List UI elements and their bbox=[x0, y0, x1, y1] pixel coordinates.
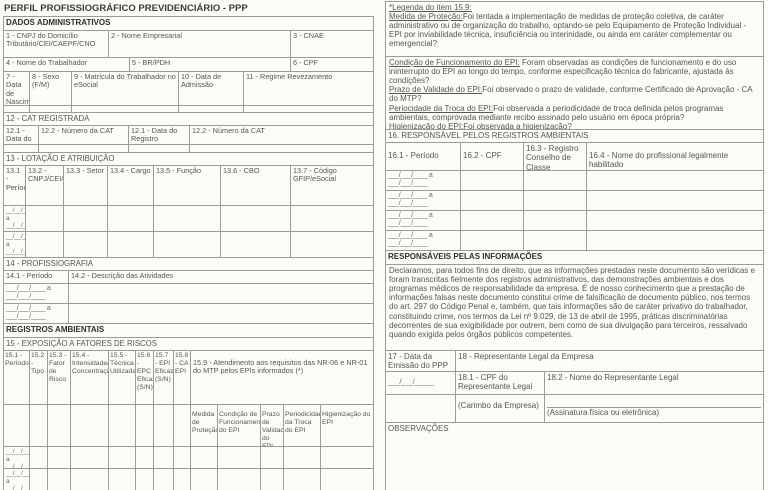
responsavel-data-row: ___/___/____ a ___/___/____ bbox=[386, 191, 763, 211]
legend-higienizacao-label: Higienização do EPI: bbox=[389, 122, 463, 129]
riscos-prazo-validade-label: Prazo de Validade do EPI bbox=[261, 405, 284, 446]
section-lotacao: 13 - LOTAÇÃO E ATRIBUIÇÃO bbox=[4, 153, 373, 166]
lotacao-funcao-input[interactable] bbox=[154, 206, 221, 231]
legend-block-1: *Legenda do item 15.9: Medida de Proteçã… bbox=[386, 2, 763, 57]
riscos-data-row: __/__/__ a __/__/__ bbox=[4, 469, 373, 490]
riscos-tipo-input[interactable] bbox=[30, 447, 48, 468]
riscos-fator-label: 15.3 - Fator de Risco bbox=[48, 351, 71, 404]
lotacao-cbo-input[interactable] bbox=[221, 232, 291, 257]
field-label-br-pdh: 5 - BR/PDH bbox=[130, 58, 291, 71]
riscos-prazo-validade-input[interactable] bbox=[261, 469, 284, 490]
riscos-ca-epi-input[interactable] bbox=[174, 447, 191, 468]
riscos-data-row: __/__/__ a __/__/__ bbox=[4, 447, 373, 469]
legend-block-2: Condição de Funcionamento do EPI: Foram … bbox=[386, 57, 763, 130]
profissiografia-data-row: ___/___/____ a ___/___/____ bbox=[4, 304, 373, 324]
profissiografia-periodo-input[interactable]: ___/___/____ a ___/___/____ bbox=[4, 284, 69, 303]
riscos-fator-input[interactable] bbox=[48, 447, 71, 468]
riscos-higienizacao-input[interactable] bbox=[321, 469, 373, 490]
riscos-condicao-funcionamento-input[interactable] bbox=[218, 447, 261, 468]
responsavel-periodo-input[interactable]: ___/___/____ a ___/___/____ bbox=[386, 191, 461, 210]
section-cat: 12 - CAT REGISTRADA bbox=[4, 113, 373, 126]
data-nascimento-input[interactable] bbox=[4, 106, 30, 112]
admin-row-3: 7 - Data de Nascimento 8 - Sexo (F/M) 9 … bbox=[4, 72, 373, 106]
riscos-prazo-validade-input[interactable] bbox=[261, 447, 284, 468]
profissiografia-descricao-label: 14.2 - Descrição das Atividades bbox=[69, 271, 373, 283]
profissiografia-periodo-label: 14.1 - Período bbox=[4, 271, 69, 283]
responsavel-header-row: 16.1 - Período 16.2 - CPF 16.3 - Registr… bbox=[386, 143, 763, 171]
lotacao-gfip-input[interactable] bbox=[291, 206, 373, 231]
responsavel-periodo-label: 16.1 - Período bbox=[386, 143, 461, 170]
responsavel-nome-input[interactable] bbox=[587, 231, 763, 250]
profissiografia-descricao-input[interactable] bbox=[69, 284, 373, 303]
cat-numero-2-label: 12.2 - Número da CAT bbox=[190, 126, 373, 144]
riscos-periodicidade-troca-input[interactable] bbox=[284, 447, 321, 468]
representante-nome-label: 18.2 - Nome do Representante Legal bbox=[545, 372, 763, 394]
field-label-matricula-esocial: 9 - Matrícula do Trabalhador no eSocial bbox=[72, 72, 179, 105]
profissiografia-descricao-input[interactable] bbox=[69, 304, 373, 323]
riscos-spacer bbox=[71, 405, 109, 446]
sexo-input[interactable] bbox=[30, 106, 72, 112]
section-responsaveis-informacoes-title: RESPONSÁVEIS PELAS INFORMAÇÕES bbox=[386, 251, 763, 264]
field-label-nome-empresarial: 2 - Nome Empresarial bbox=[109, 31, 291, 57]
responsavel-registro-conselho-input[interactable] bbox=[524, 171, 587, 190]
riscos-spacer bbox=[109, 405, 136, 446]
data-admissao-input[interactable] bbox=[179, 106, 244, 112]
lotacao-periodo-input[interactable]: __/__/__ a __/__/__ bbox=[4, 232, 26, 257]
riscos-spacer bbox=[136, 405, 154, 446]
cat-input-row bbox=[4, 145, 373, 153]
lotacao-cargo-input[interactable] bbox=[108, 206, 154, 231]
lotacao-data-row: __/__/__ a __/__/__ bbox=[4, 206, 373, 232]
profissiografia-header-row: 14.1 - Período 14.2 - Descrição das Ativ… bbox=[4, 271, 373, 284]
riscos-ca-epi-label: 15.8 - CA EPI bbox=[174, 351, 191, 404]
section-responsavel-registros-title: 16. RESPONSÁVEL PELOS REGISTROS AMBIENTA… bbox=[386, 130, 763, 142]
riscos-spacer bbox=[174, 405, 191, 446]
responsavel-cpf-input[interactable] bbox=[461, 211, 524, 230]
declaration-text: Declaramos, para todos fins de direito, … bbox=[386, 265, 763, 350]
riscos-condicao-funcionamento-input[interactable] bbox=[218, 469, 261, 490]
ppp-form: PERFIL PROFISSIOGRÁFICO PREVIDENCIÁRIO -… bbox=[0, 0, 768, 490]
lotacao-gfip-label: 13.7 - Código GFIP/eSocial bbox=[291, 166, 373, 205]
responsavel-cpf-input[interactable] bbox=[461, 191, 524, 210]
admin-row-1: 1 - CNPJ do Domicílio Tributário/CEI/CAE… bbox=[4, 31, 373, 58]
field-label-cnpj-domicilio: 1 - CNPJ do Domicílio Tributário/CEI/CAE… bbox=[4, 31, 109, 57]
riscos-medida-protecao-input[interactable] bbox=[191, 469, 218, 490]
responsavel-data-row: ___/___/____ a ___/___/____ bbox=[386, 211, 763, 231]
legend-prazo-validade-label: Prazo de Validade do EPI: bbox=[389, 85, 482, 94]
riscos-epi-input[interactable] bbox=[154, 447, 174, 468]
right-panel: *Legenda do item 15.9: Medida de Proteçã… bbox=[385, 1, 764, 490]
riscos-tipo-input[interactable] bbox=[30, 469, 48, 490]
assinatura-row: (Carimbo da Empresa) (Assinatura física … bbox=[386, 395, 763, 423]
riscos-periodicidade-troca-input[interactable] bbox=[284, 469, 321, 490]
field-label-cnae: 3 - CNAE bbox=[291, 31, 373, 57]
responsavel-periodo-input[interactable]: ___/___/____ a ___/___/____ bbox=[386, 231, 461, 250]
matricula-esocial-input[interactable] bbox=[72, 106, 179, 112]
representante-row: ___/___/_____ 18.1 - CPF do Representant… bbox=[386, 372, 763, 395]
riscos-subheader-row: Medida de Proteção Condição de Funcionam… bbox=[4, 405, 373, 447]
section-riscos-title: 15 - EXPOSIÇÃO A FATORES DE RISCOS bbox=[4, 338, 373, 350]
lotacao-cargo-input[interactable] bbox=[108, 232, 154, 257]
section-responsaveis-informacoes: RESPONSÁVEIS PELAS INFORMAÇÕES bbox=[386, 251, 763, 265]
section-dados-administrativos-title: DADOS ADMINISTRATIVOS bbox=[4, 17, 373, 30]
responsavel-periodo-input[interactable]: ___/___/____ a ___/___/____ bbox=[386, 171, 461, 190]
cat-numero-1-input[interactable] bbox=[39, 145, 129, 152]
responsavel-cpf-input[interactable] bbox=[461, 231, 524, 250]
legend-medida-protecao-label: Medida de Proteção: bbox=[389, 12, 463, 21]
responsavel-nome-label: 16.4 - Nome do profissional legalmente h… bbox=[587, 143, 763, 170]
riscos-tecnica-label: 15.5 - Técnica Utilizada bbox=[109, 351, 136, 404]
responsavel-registro-conselho-label: 16.3 - Registro Conselho de Classe bbox=[524, 143, 587, 170]
legend-condicao-funcionamento-label: Condição de Funcionamento do EPI: bbox=[389, 58, 520, 67]
riscos-intensidade-input[interactable] bbox=[71, 469, 109, 490]
declaration-row: Declaramos, para todos fins de direito, … bbox=[386, 265, 763, 351]
responsavel-nome-input[interactable] bbox=[587, 191, 763, 210]
cat-data-registro-1-input[interactable] bbox=[4, 145, 39, 152]
riscos-spacer bbox=[30, 405, 48, 446]
lotacao-header-row: 13.1 - Período 13.2 - CNPJ/CEI/CAEPF/CNO… bbox=[4, 166, 373, 206]
riscos-epi-input[interactable] bbox=[154, 469, 174, 490]
section-dados-administrativos: DADOS ADMINISTRATIVOS bbox=[4, 17, 373, 31]
admin-row-2: 4 - Nome do Trabalhador 5 - BR/PDH 6 - C… bbox=[4, 58, 373, 72]
field-label-sexo: 8 - Sexo (F/M) bbox=[30, 72, 72, 105]
responsavel-cpf-label: 16.2 - CPF bbox=[461, 143, 524, 170]
lotacao-funcao-input[interactable] bbox=[154, 232, 221, 257]
responsavel-cpf-input[interactable] bbox=[461, 171, 524, 190]
cat-numero-2-input[interactable] bbox=[190, 145, 373, 152]
profissiografia-periodo-input[interactable]: ___/___/____ a ___/___/____ bbox=[4, 304, 69, 323]
field-label-cpf: 6 - CPF bbox=[291, 58, 373, 71]
riscos-higienizacao-label: Higienização do EPI bbox=[321, 405, 373, 446]
cat-header-row: 12.1 - Data do Registro 12.2 - Número da… bbox=[4, 126, 373, 145]
riscos-epc-input[interactable] bbox=[136, 447, 154, 468]
lotacao-cnpj-label: 13.2 - CNPJ/CEI/CAEPF/CNO bbox=[26, 166, 64, 205]
riscos-spacer bbox=[154, 405, 174, 446]
riscos-periodicidade-troca-label: Periodicidade da Troca do EPI bbox=[284, 405, 321, 446]
left-panel: DADOS ADMINISTRATIVOS 1 - CNPJ do Domicí… bbox=[3, 16, 374, 490]
lotacao-setor-input[interactable] bbox=[64, 206, 108, 231]
cat-data-registro-2-label: 12.1 - Data do Registro bbox=[129, 126, 190, 144]
emissao-blank-cell bbox=[386, 395, 456, 422]
lotacao-funcao-label: 13.5 - Função bbox=[154, 166, 221, 205]
section-cat-title: 12 - CAT REGISTRADA bbox=[4, 113, 373, 125]
riscos-spacer bbox=[48, 405, 71, 446]
lotacao-periodo-input[interactable]: __/__/__ a __/__/__ bbox=[4, 206, 26, 231]
riscos-epc-label: 15.6 - EPC Eficaz (S/N) bbox=[136, 351, 154, 404]
riscos-periodo-label: 15.1 - Período bbox=[4, 351, 30, 404]
responsavel-registro-conselho-input[interactable] bbox=[524, 231, 587, 250]
data-emissao-input[interactable]: ___/___/_____ bbox=[386, 372, 456, 394]
cat-data-registro-2-input[interactable] bbox=[129, 145, 190, 152]
responsavel-data-row: ___/___/____ a ___/___/____ bbox=[386, 171, 763, 191]
riscos-spacer bbox=[4, 405, 30, 446]
field-label-nome-trabalhador: 4 - Nome do Trabalhador bbox=[4, 58, 130, 71]
emissao-header-row: 17 - Data da Emissão do PPP 18 - Represe… bbox=[386, 351, 763, 372]
section-profissiografia: 14 - PROFISSIOGRAFIA bbox=[4, 258, 373, 271]
section-responsavel-registros: 16. RESPONSÁVEL PELOS REGISTROS AMBIENTA… bbox=[386, 130, 763, 143]
field-label-data-admissao: 10 - Data de Admissão bbox=[179, 72, 244, 105]
section-lotacao-title: 13 - LOTAÇÃO E ATRIBUIÇÃO bbox=[4, 153, 373, 165]
lotacao-setor-label: 13.3 - Setor bbox=[64, 166, 108, 205]
legend-higienizacao-text: Foi observada a higienização? bbox=[463, 122, 572, 129]
responsavel-nome-input[interactable] bbox=[587, 211, 763, 230]
responsavel-periodo-input[interactable]: ___/___/____ a ___/___/____ bbox=[386, 211, 461, 230]
riscos-epc-input[interactable] bbox=[136, 469, 154, 490]
lotacao-cnpj-input[interactable] bbox=[26, 206, 64, 231]
page-title: PERFIL PROFISSIOGRÁFICO PREVIDENCIÁRIO -… bbox=[3, 1, 374, 16]
lotacao-cnpj-input[interactable] bbox=[26, 232, 64, 257]
data-emissao-label: 17 - Data da Emissão do PPP bbox=[386, 351, 456, 371]
assinatura-label: (Assinatura física ou eletrônica) bbox=[547, 408, 761, 417]
riscos-fator-input[interactable] bbox=[48, 469, 71, 490]
section-registros-ambientais-title: REGISTROS AMBIENTAIS bbox=[4, 324, 373, 337]
lotacao-setor-input[interactable] bbox=[64, 232, 108, 257]
observacoes-box[interactable]: OBSERVAÇÕES bbox=[386, 423, 763, 490]
regime-revezamento-input[interactable] bbox=[244, 106, 373, 112]
lotacao-data-row: __/__/__ a __/__/__ bbox=[4, 232, 373, 258]
riscos-periodo-input[interactable]: __/__/__ a __/__/__ bbox=[4, 447, 30, 468]
riscos-tecnica-input[interactable] bbox=[109, 469, 136, 490]
cat-numero-1-label: 12.2 - Número da CAT bbox=[39, 126, 129, 144]
lotacao-cargo-label: 13.4 - Cargo bbox=[108, 166, 154, 205]
admin-input-row bbox=[4, 106, 373, 113]
lotacao-periodo-label: 13.1 - Período bbox=[4, 166, 26, 205]
riscos-header-row: 15.1 - Período 15.2 - Tipo 15.3 - Fator … bbox=[4, 351, 373, 405]
cat-data-registro-1-label: 12.1 - Data do Registro bbox=[4, 126, 39, 144]
responsavel-registro-conselho-input[interactable] bbox=[524, 191, 587, 210]
representante-cpf-label: 18.1 - CPF do Representante Legal bbox=[456, 372, 545, 394]
legend-title: *Legenda do item 15.9: bbox=[389, 3, 472, 12]
riscos-tecnica-input[interactable] bbox=[109, 447, 136, 468]
observacoes-label: OBSERVAÇÕES bbox=[386, 423, 763, 490]
riscos-tipo-label: 15.2 - Tipo bbox=[30, 351, 48, 404]
legend-periodicidade-troca-label: Periocidade da Troca do EPI: bbox=[389, 104, 493, 113]
riscos-atendimento-label: 15.9 - Atendimento aos requisitos das NR… bbox=[191, 351, 373, 404]
carimbo-label: (Carimbo da Empresa) bbox=[456, 395, 545, 422]
lotacao-cbo-label: 13.6 - CBO bbox=[221, 166, 291, 205]
lotacao-cbo-input[interactable] bbox=[221, 206, 291, 231]
riscos-ca-epi-input[interactable] bbox=[174, 469, 191, 490]
lotacao-gfip-input[interactable] bbox=[291, 232, 373, 257]
section-profissiografia-title: 14 - PROFISSIOGRAFIA bbox=[4, 258, 373, 270]
section-registros-ambientais: REGISTROS AMBIENTAIS bbox=[4, 324, 373, 338]
field-label-data-nascimento: 7 - Data de Nascimento bbox=[4, 72, 30, 105]
responsavel-nome-input[interactable] bbox=[587, 171, 763, 190]
riscos-condicao-funcionamento-label: Condição de Funcionamento do EPI bbox=[218, 405, 261, 446]
representante-legal-label: 18 - Representante Legal da Empresa bbox=[456, 351, 763, 371]
riscos-medida-protecao-input[interactable] bbox=[191, 447, 218, 468]
field-label-regime-revezamento: 11 - Regime Revezamento bbox=[244, 72, 373, 105]
riscos-intensidade-label: 15.4 - Intensidade/ Concentração bbox=[71, 351, 109, 404]
assinatura-cell[interactable]: (Assinatura física ou eletrônica) bbox=[545, 395, 763, 422]
responsavel-data-row: ___/___/____ a ___/___/____ bbox=[386, 231, 763, 251]
profissiografia-data-row: ___/___/____ a ___/___/____ bbox=[4, 284, 373, 304]
riscos-medida-protecao-label: Medida de Proteção bbox=[191, 405, 218, 446]
riscos-periodo-input[interactable]: __/__/__ a __/__/__ bbox=[4, 469, 30, 490]
riscos-intensidade-input[interactable] bbox=[71, 447, 109, 468]
riscos-higienizacao-input[interactable] bbox=[321, 447, 373, 468]
responsavel-registro-conselho-input[interactable] bbox=[524, 211, 587, 230]
section-riscos: 15 - EXPOSIÇÃO A FATORES DE RISCOS bbox=[4, 338, 373, 351]
riscos-epi-label: 15.7 - EPI Eficaz (S/N) bbox=[154, 351, 174, 404]
